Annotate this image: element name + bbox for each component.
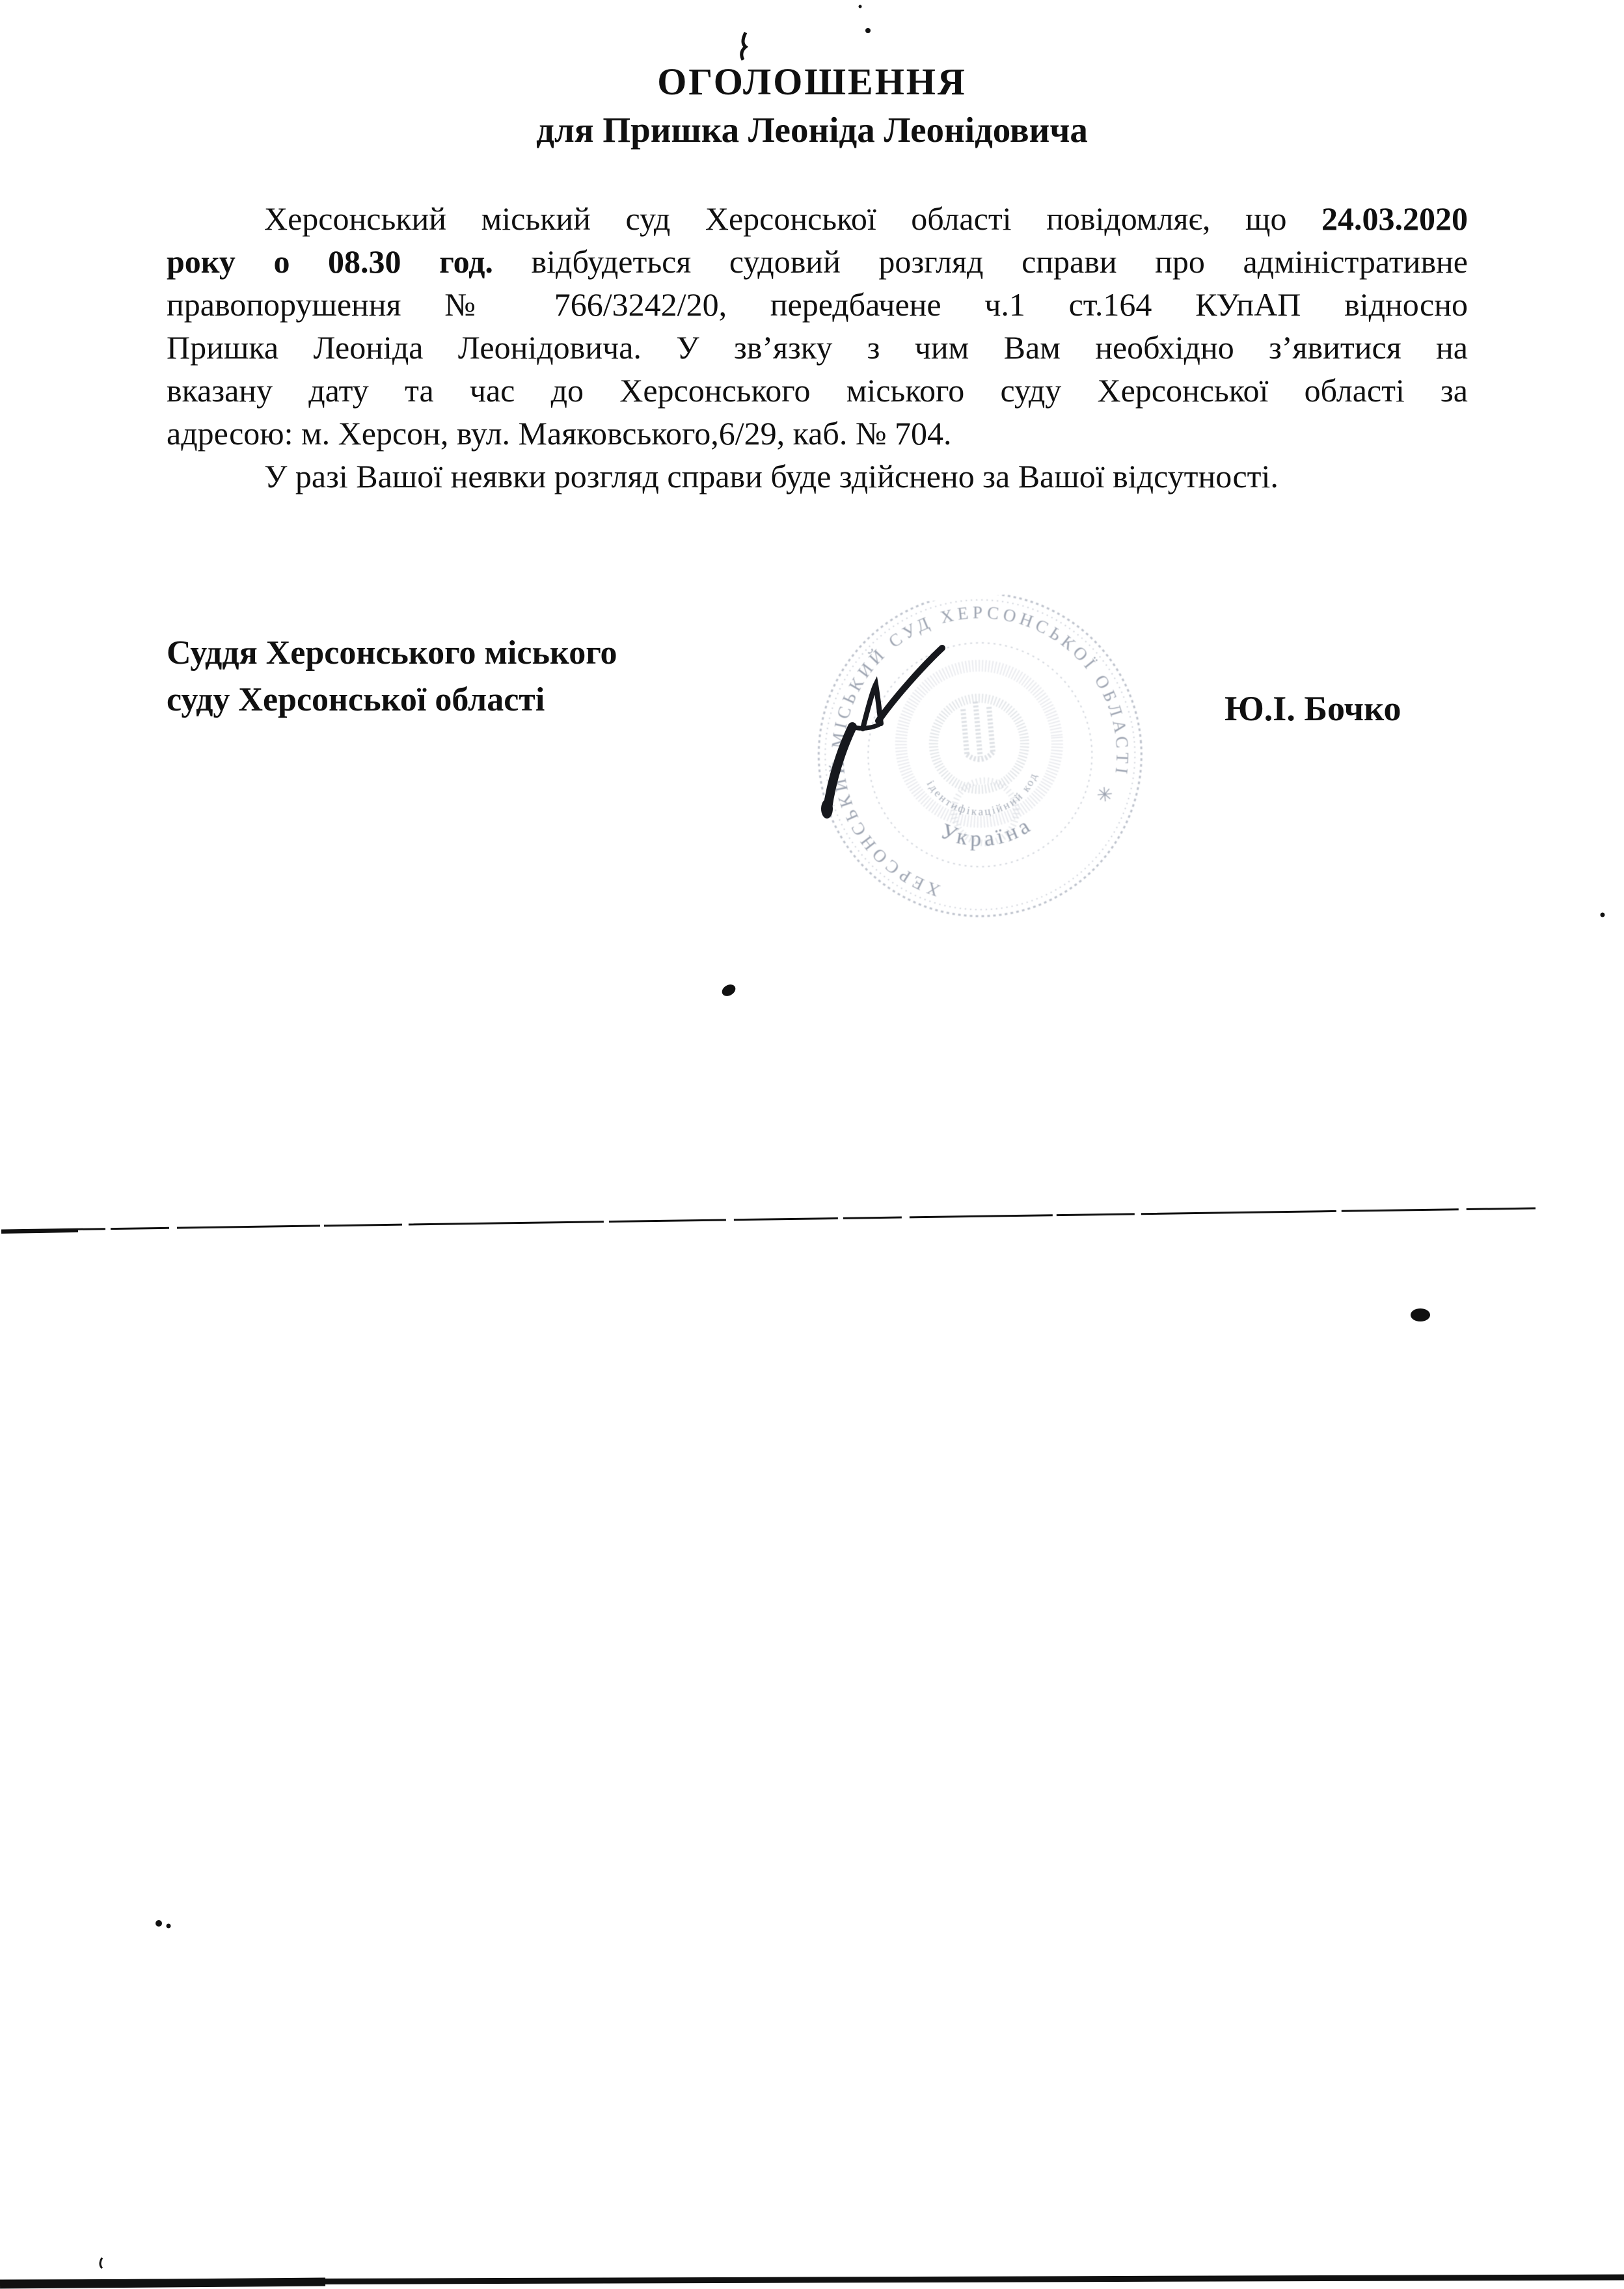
signature-role: Суддя Херсонського міського суду Херсонс… (167, 630, 617, 724)
body-text: відбудеться судовий розгляд справи про а… (493, 243, 1468, 280)
body-text: правопорушення № 766/3242/20, передбачен… (167, 286, 1468, 323)
body-text: вказану дату та час до Херсонського місь… (167, 372, 1468, 409)
signature-name: Ю.І. Бочко (1225, 688, 1401, 729)
court-seal-stamp: ХЕРСОНСЬКИЙ МІСЬКИЙ СУД ХЕРСОНСЬКОЇ ОБЛА… (794, 583, 1167, 937)
body-text-bold: 24.03.2020 (1321, 200, 1468, 237)
body-text: Херсонський міський суд Херсонської обла… (264, 200, 1321, 237)
document-title: ОГОЛОШЕННЯ (0, 60, 1624, 103)
body-line: року о 08.30 год. відбудеться судовий ро… (167, 240, 1468, 283)
body-line: вказану дату та час до Херсонського місь… (167, 369, 1468, 412)
document-subtitle: для Пришка Леоніда Леонідовича (0, 109, 1624, 150)
signature-role-line2: суду Херсонської області (167, 677, 617, 724)
body-line: Херсонський міський суд Херсонської обла… (167, 197, 1468, 240)
seal-separator-star: ✳ (1096, 784, 1114, 807)
body-paragraph: Херсонський міський суд Херсонської обла… (167, 197, 1468, 498)
body-text: адресою: м. Херсон, вул. Маяковського,6/… (167, 415, 952, 452)
body-line: правопорушення № 766/3242/20, передбачен… (167, 283, 1468, 326)
body-line: У разі Вашої неявки розгляд справи буде … (167, 455, 1468, 498)
body-text: У разі Вашої неявки розгляд справи буде … (264, 458, 1279, 494)
body-text-bold: року о 08.30 год. (167, 243, 493, 280)
body-text: Пришка Леоніда Леонідовича. У зв’язку з … (167, 329, 1468, 366)
body-line: Пришка Леоніда Леонідовича. У зв’язку з … (167, 326, 1468, 369)
scanned-document-page: ОГОЛОШЕННЯ для Пришка Леоніда Леонідович… (0, 0, 1624, 2289)
seal-emblem (895, 659, 1066, 850)
signature-role-line1: Суддя Херсонського міського (167, 630, 617, 677)
